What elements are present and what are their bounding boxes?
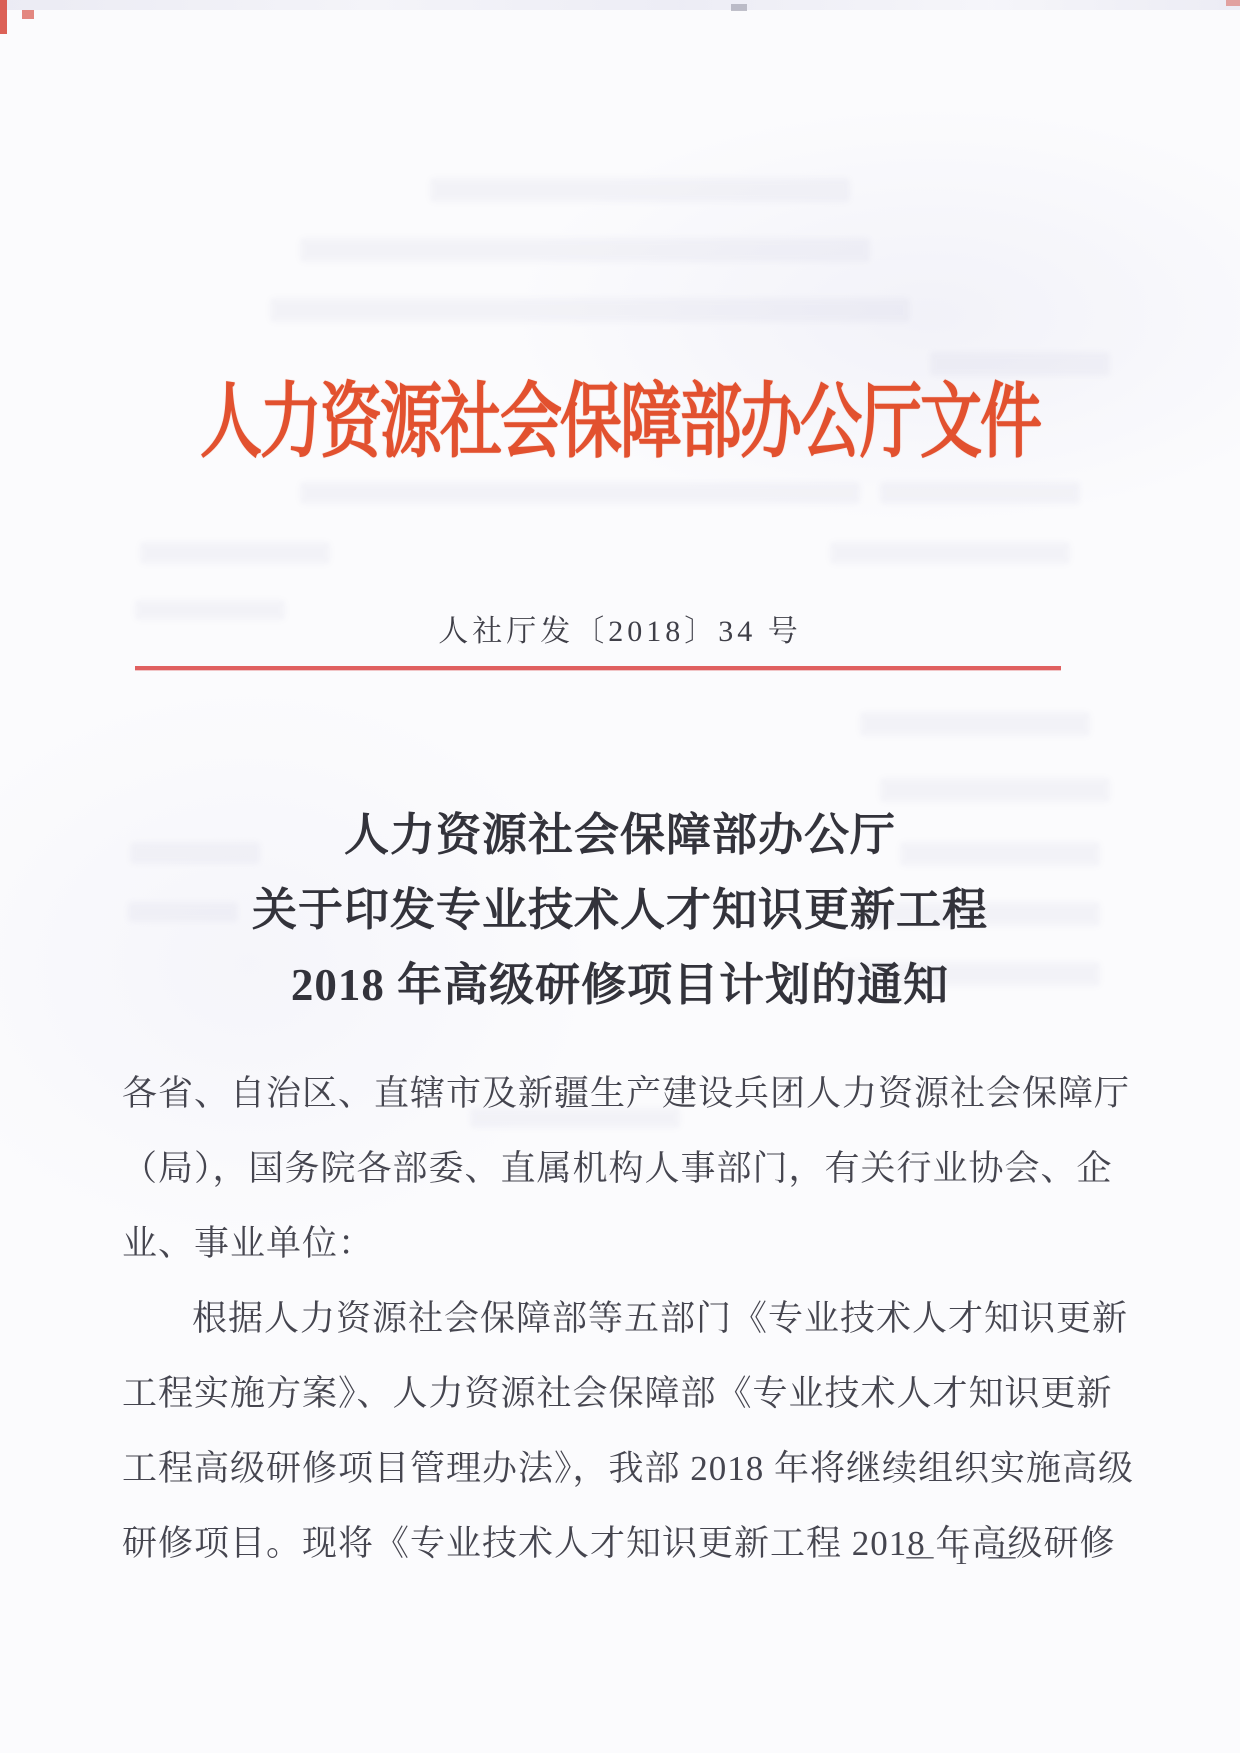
bleed-through-ghost — [270, 298, 910, 322]
body-line: 工程实施方案》、人力资源社会保障部《专业技术人才知识更新 — [122, 1366, 1078, 1418]
scan-artifact — [0, 0, 7, 34]
bleed-through-ghost — [300, 238, 870, 262]
bleed-through-ghost — [880, 482, 1080, 504]
notice-title-line-2: 关于印发专业技术人才知识更新工程 — [0, 873, 1240, 938]
bleed-through-ghost — [300, 482, 860, 504]
bleed-through-ghost — [860, 712, 1090, 736]
scan-artifact — [1226, 0, 1240, 6]
scan-artifact — [731, 4, 747, 11]
notice-title-line-3: 2018 年高级研修项目计划的通知 — [0, 948, 1240, 1013]
body-line: （局），国务院各部委、直属机构人事部门，有关行业协会、企 — [122, 1141, 1078, 1193]
document-number: 人社厅发〔2018〕34 号 — [0, 606, 1240, 650]
letterhead-title: 人力资源社会保障部办公厅文件 — [0, 356, 1240, 473]
red-divider-rule — [135, 666, 1061, 670]
body-line: 根据人力资源社会保障部等五部门《专业技术人才知识更新 — [122, 1291, 1078, 1343]
scan-edge-strip — [0, 0, 1240, 10]
body-line: 业、事业单位： — [122, 1216, 1078, 1268]
body-line: 各省、自治区、直辖市及新疆生产建设兵团人力资源社会保障厅 — [122, 1066, 1078, 1118]
bleed-through-ghost — [430, 178, 850, 202]
scanned-document-page: 人力资源社会保障部办公厅文件 人社厅发〔2018〕34 号 人力资源社会保障部办… — [0, 0, 1240, 1753]
bleed-through-ghost — [830, 542, 1070, 564]
page-number: — 1 — — [896, 1540, 1028, 1571]
body-line: 工程高级研修项目管理办法》，我部 2018 年将继续组织实施高级 — [122, 1441, 1078, 1493]
bleed-through-ghost — [140, 542, 330, 564]
scan-artifact — [22, 10, 34, 19]
notice-title-line-1: 人力资源社会保障部办公厅 — [0, 798, 1240, 863]
